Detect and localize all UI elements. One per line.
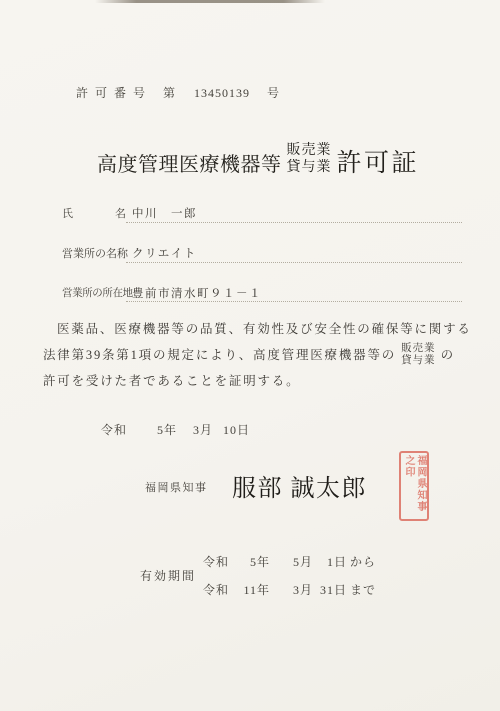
paragraph-line-1: 医薬品、医療機器等の品質、有効性及び安全性の確保等に関する (43, 316, 473, 342)
validity-end-suffix: まで (350, 581, 376, 598)
validity-end-year: 11年 (229, 581, 270, 598)
permit-number-line: 許可番号 第 13450139 号 (76, 84, 279, 101)
title-permit-suffix: 許可証 (337, 151, 420, 176)
dotted-rule-office-address (126, 301, 462, 302)
issuer-office-title: 福岡県知事 (145, 479, 208, 495)
paragraph-stacked-business-types: 販売業 貸与業 (401, 343, 436, 367)
validity-end-month: 3月 (270, 581, 313, 598)
title-sales-business: 販売業 (287, 142, 332, 159)
issue-date-month: 3月 (177, 421, 213, 438)
permit-number-prefix: 第 (163, 86, 175, 100)
permit-number-suffix: 号 (267, 86, 279, 100)
certification-paragraph: 医薬品、医療機器等の品質、有効性及び安全性の確保等に関する 法律第39条第1項の… (43, 316, 473, 394)
validity-start-day: 1日 (313, 553, 347, 570)
permit-certificate-document: 許可番号 第 13450139 号 高度管理医療機器等 販売業 貸与業 許可証 … (0, 0, 500, 711)
permit-number-value: 13450139 (194, 86, 250, 100)
paragraph-sales-business: 販売業 (401, 343, 436, 355)
permit-number-label: 許可番号 (76, 86, 152, 100)
issue-date-year: 5年 (127, 421, 177, 438)
field-label-name: 氏名 (62, 205, 126, 221)
title-main-text: 高度管理医療機器等 (97, 155, 282, 176)
validity-end-date: 令和 11年 3月 31日 まで (203, 581, 376, 598)
paragraph-lease-business: 貸与業 (401, 355, 436, 367)
official-red-seal: 福岡県知事之印 (399, 451, 429, 521)
validity-end-day: 31日 (313, 581, 347, 598)
field-office-name: 営業所の名称 クリエイト (62, 245, 197, 261)
paragraph-line-2-particle: の (441, 342, 455, 368)
field-value-name: 中川 一郎 (132, 205, 197, 221)
validity-start-month: 5月 (270, 553, 313, 570)
validity-start-suffix: から (350, 553, 376, 570)
paragraph-line-2: 法律第39条第1項の規定により、高度管理医療機器等の 販売業 貸与業 の (43, 342, 473, 368)
issue-date-era: 令和 (101, 421, 127, 438)
dotted-rule-office-name (126, 262, 462, 263)
validity-period-label: 有効期間 (140, 567, 196, 584)
field-value-office-address: 豊前市清水町９１－１ (132, 285, 262, 301)
title-lease-business: 貸与業 (287, 159, 332, 176)
validity-start-year: 5年 (229, 553, 270, 570)
field-label-office-address: 営業所の所在地 (62, 285, 126, 300)
dotted-rule-name (126, 222, 462, 223)
issue-date-day: 10日 (213, 421, 250, 438)
field-office-address: 営業所の所在地 豊前市清水町９１－１ (62, 285, 262, 301)
issue-date-line: 令和 5年 3月 10日 (101, 421, 250, 438)
title-stacked-business-types: 販売業 貸与業 (287, 142, 332, 176)
paragraph-line-2-text: 法律第39条第1項の規定により、高度管理医療機器等の (43, 342, 396, 368)
seal-inscription: 福岡県知事之印 (402, 455, 426, 517)
paragraph-line-3: 許可を受けた者であることを証明する。 (43, 368, 473, 394)
field-holder-name: 氏名 中川 一郎 (62, 205, 197, 221)
governor-name: 服部 誠太郎 (232, 468, 367, 503)
validity-end-era: 令和 (203, 581, 229, 598)
validity-start-date: 令和 5年 5月 1日 から (203, 553, 376, 570)
field-value-office-name: クリエイト (132, 245, 197, 261)
field-label-office-name: 営業所の名称 (62, 245, 126, 261)
scan-edge-shadow (95, 0, 325, 3)
document-title: 高度管理医療機器等 販売業 貸与業 許可証 (97, 138, 419, 176)
validity-start-era: 令和 (203, 553, 229, 570)
